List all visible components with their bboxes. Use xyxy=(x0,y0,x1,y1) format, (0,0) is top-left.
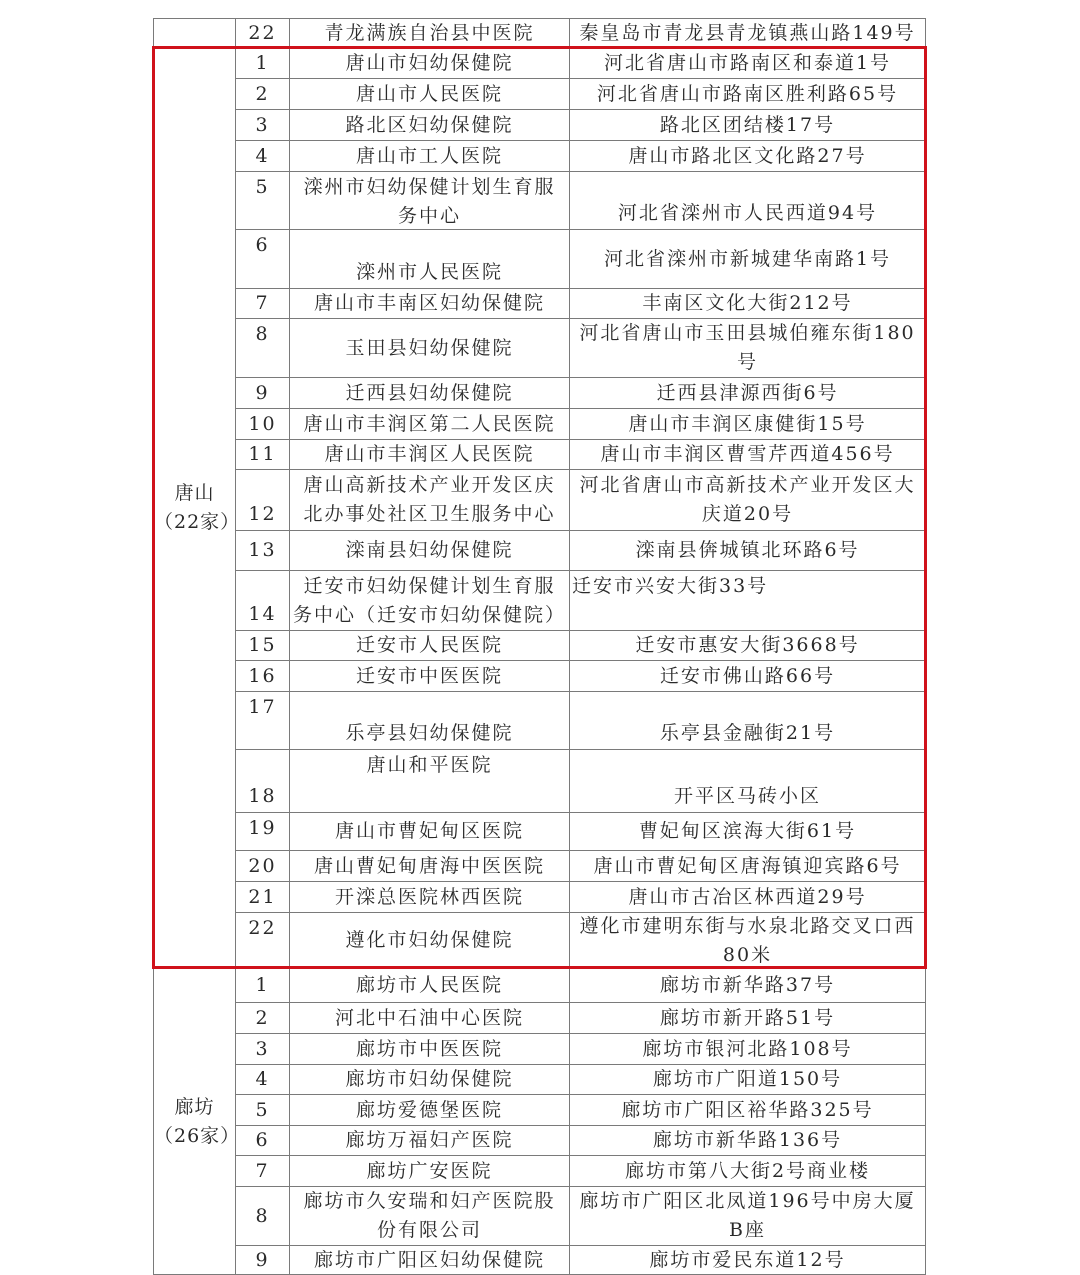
row-number: 7 xyxy=(235,1155,290,1187)
row-number-text: 4 xyxy=(255,142,269,171)
hospital-address: 遵化市建明东街与水泉北路交叉口西 80米 xyxy=(569,912,926,969)
hospital-address: 廊坊市银河北路108号 xyxy=(569,1033,926,1065)
hospital-address: 廊坊市爱民东道12号 xyxy=(569,1245,926,1275)
row-number: 3 xyxy=(235,109,290,141)
hospital-address-text: 乐亭县金融街21号 xyxy=(660,719,835,748)
row-number: 8 xyxy=(235,318,290,378)
hospital-address-text: 迁西县津源西街6号 xyxy=(656,379,838,408)
hospital-address-text: 迁安市佛山路66号 xyxy=(660,662,835,691)
row-number-text: 16 xyxy=(248,662,276,691)
hospital-name: 唐山市丰润区人民医院 xyxy=(289,439,570,470)
hospital-address: 廊坊市广阳道150号 xyxy=(569,1064,926,1095)
hospital-name-text: 开滦总医院林西医院 xyxy=(335,883,524,912)
row-number-text: 20 xyxy=(248,852,276,881)
hospital-address-text: 遵化市建明东街与水泉北路交叉口西 80米 xyxy=(579,912,915,969)
row-number: 19 xyxy=(235,812,290,851)
hospital-name-text: 迁安市中医医院 xyxy=(356,662,503,691)
row-number-text: 6 xyxy=(255,231,269,260)
hospital-name: 廊坊爱德堡医院 xyxy=(289,1094,570,1126)
row-number-text: 19 xyxy=(248,814,276,843)
hospital-name-text: 河北中石油中心医院 xyxy=(335,1004,524,1033)
hospital-address-text: 秦皇岛市青龙县青龙镇燕山路149号 xyxy=(579,19,915,48)
hospital-name-text: 唐山曹妃甸唐海中医医院 xyxy=(314,852,545,881)
hospital-address-text: 廊坊市爱民东道12号 xyxy=(649,1246,845,1275)
hospital-address-text: 廊坊市第八大街2号商业楼 xyxy=(625,1157,870,1186)
hospital-address: 河北省唐山市玉田县城伯雍东街180 号 xyxy=(569,318,926,378)
hospital-address-text: 迁安市惠安大街3668号 xyxy=(635,631,859,660)
hospital-name: 路北区妇幼保健院 xyxy=(289,109,570,141)
hospital-name: 唐山市丰润区第二人民医院 xyxy=(289,408,570,440)
row-number: 22 xyxy=(235,18,290,48)
row-number-text: 6 xyxy=(255,1126,269,1155)
row-number-text: 5 xyxy=(255,1096,269,1125)
region-label-text: 廊坊 （26家） xyxy=(154,1093,235,1151)
hospital-name-text: 滦州市妇幼保健计划生育服 务中心 xyxy=(303,173,555,230)
row-number: 22 xyxy=(235,912,290,969)
row-number-text: 2 xyxy=(255,80,269,109)
hospital-address-text: 唐山市古冶区林西道29号 xyxy=(628,883,866,912)
hospital-name-text: 唐山市妇幼保健院 xyxy=(345,49,513,78)
hospital-name: 唐山曹妃甸唐海中医医院 xyxy=(289,850,570,882)
hospital-name: 廊坊市久安瑞和妇产医院股 份有限公司 xyxy=(289,1186,570,1246)
row-number-text: 14 xyxy=(248,600,276,629)
hospital-name-text: 遵化市妇幼保健院 xyxy=(345,926,513,955)
row-number: 10 xyxy=(235,408,290,440)
hospital-name: 唐山高新技术产业开发区庆 北办事处社区卫生服务中心 xyxy=(289,469,570,531)
row-number: 13 xyxy=(235,530,290,571)
row-number-text: 22 xyxy=(248,19,276,48)
hospital-address-text: 唐山市丰润区康健街15号 xyxy=(628,410,866,439)
hospital-address: 迁安市佛山路66号 xyxy=(569,660,926,692)
region-label: 廊坊 （26家） xyxy=(153,968,236,1275)
row-number-text: 5 xyxy=(255,173,269,202)
hospital-name: 唐山市人民医院 xyxy=(289,78,570,110)
hospital-address-text: 滦南县倴城镇北环路6号 xyxy=(635,536,859,565)
hospital-name-text: 唐山市工人医院 xyxy=(356,142,503,171)
row-number: 12 xyxy=(235,469,290,531)
hospital-address: 唐山市丰润区曹雪芹西道456号 xyxy=(569,439,926,470)
row-number: 2 xyxy=(235,1002,290,1034)
row-number: 5 xyxy=(235,1094,290,1126)
row-number-text: 21 xyxy=(248,883,276,912)
row-number: 5 xyxy=(235,171,290,230)
hospital-name: 滦南县妇幼保健院 xyxy=(289,530,570,571)
hospital-name: 唐山市丰南区妇幼保健院 xyxy=(289,288,570,319)
hospital-address: 唐山市路北区文化路27号 xyxy=(569,140,926,172)
row-number-text: 1 xyxy=(255,971,269,1000)
row-number: 6 xyxy=(235,229,290,289)
hospital-address-text: 河北省滦州市新城建华南路1号 xyxy=(604,245,891,274)
hospital-name-text: 路北区妇幼保健院 xyxy=(345,111,513,140)
hospital-name-text: 唐山市曹妃甸区医院 xyxy=(335,817,524,846)
hospital-address-text: 唐山市路北区文化路27号 xyxy=(628,142,866,171)
hospital-name-text: 唐山和平医院 xyxy=(366,751,492,780)
row-number: 4 xyxy=(235,140,290,172)
hospital-table: 22青龙满族自治县中医院秦皇岛市青龙县青龙镇燕山路149号1唐山市妇幼保健院河北… xyxy=(0,0,1080,1275)
hospital-address-text: 廊坊市新华路136号 xyxy=(653,1126,842,1155)
row-number-text: 15 xyxy=(248,631,276,660)
hospital-name-text: 廊坊市人民医院 xyxy=(356,971,503,1000)
hospital-name-text: 乐亭县妇幼保健院 xyxy=(345,719,513,748)
row-number: 17 xyxy=(235,691,290,750)
row-number: 20 xyxy=(235,850,290,882)
row-number: 18 xyxy=(235,749,290,813)
hospital-address-text: 唐山市丰润区曹雪芹西道456号 xyxy=(600,440,894,469)
hospital-name-text: 青龙满族自治县中医院 xyxy=(324,19,534,48)
hospital-address: 廊坊市广阳区北凤道196号中房大厦 B座 xyxy=(569,1186,926,1246)
hospital-name: 滦州市妇幼保健计划生育服 务中心 xyxy=(289,171,570,230)
hospital-address: 河北省滦州市新城建华南路1号 xyxy=(569,229,926,289)
row-number-text: 13 xyxy=(248,536,276,565)
hospital-name: 迁安市妇幼保健计划生育服 务中心（迁安市妇幼保健院） xyxy=(289,570,570,631)
row-number: 6 xyxy=(235,1125,290,1156)
hospital-address: 廊坊市新华路37号 xyxy=(569,968,926,1003)
hospital-address-text: 廊坊市银河北路108号 xyxy=(642,1035,852,1064)
hospital-name: 河北中石油中心医院 xyxy=(289,1002,570,1034)
hospital-name: 玉田县妇幼保健院 xyxy=(289,318,570,378)
hospital-address: 开平区马砖小区 xyxy=(569,749,926,813)
region-label-text: 唐山 （22家） xyxy=(154,479,235,537)
hospital-address-text: 河北省滦州市人民西道94号 xyxy=(618,199,877,228)
row-number-text: 10 xyxy=(248,410,276,439)
hospital-address: 秦皇岛市青龙县青龙镇燕山路149号 xyxy=(569,18,926,48)
hospital-address: 河北省唐山市路南区和泰道1号 xyxy=(569,47,926,79)
hospital-address-text: 河北省唐山市路南区胜利路65号 xyxy=(597,80,898,109)
hospital-address-text: 河北省唐山市路南区和泰道1号 xyxy=(604,49,891,78)
row-number: 16 xyxy=(235,660,290,692)
row-number: 15 xyxy=(235,630,290,661)
row-number: 9 xyxy=(235,1245,290,1275)
hospital-name-text: 滦南县妇幼保健院 xyxy=(345,536,513,565)
hospital-address-text: 丰南区文化大街212号 xyxy=(642,289,852,318)
hospital-name-text: 滦州市人民医院 xyxy=(356,258,503,287)
row-number-text: 7 xyxy=(255,1157,269,1186)
hospital-name-text: 廊坊市广阳区妇幼保健院 xyxy=(314,1246,545,1275)
hospital-address: 河北省唐山市路南区胜利路65号 xyxy=(569,78,926,110)
row-number-text: 17 xyxy=(248,693,276,722)
hospital-address-text: 廊坊市广阳道150号 xyxy=(653,1065,842,1094)
hospital-address: 唐山市古冶区林西道29号 xyxy=(569,881,926,913)
hospital-address: 迁西县津源西街6号 xyxy=(569,377,926,409)
row-number-text: 22 xyxy=(248,914,276,943)
hospital-address: 河北省滦州市人民西道94号 xyxy=(569,171,926,230)
hospital-name: 廊坊市妇幼保健院 xyxy=(289,1064,570,1095)
hospital-address: 廊坊市第八大街2号商业楼 xyxy=(569,1155,926,1187)
hospital-address-text: 曹妃甸区滨海大街61号 xyxy=(639,817,856,846)
row-number: 11 xyxy=(235,439,290,470)
hospital-name-text: 唐山高新技术产业开发区庆 北办事处社区卫生服务中心 xyxy=(303,471,555,529)
hospital-address: 唐山市丰润区康健街15号 xyxy=(569,408,926,440)
hospital-name-text: 廊坊市妇幼保健院 xyxy=(345,1065,513,1094)
hospital-name-text: 唐山市丰润区人民医院 xyxy=(324,440,534,469)
hospital-address-text: 河北省唐山市玉田县城伯雍东街180 号 xyxy=(579,319,915,377)
hospital-name: 迁西县妇幼保健院 xyxy=(289,377,570,409)
hospital-name-text: 廊坊万福妇产医院 xyxy=(345,1126,513,1155)
row-number-text: 18 xyxy=(248,782,276,811)
row-number: 8 xyxy=(235,1186,290,1246)
row-number-text: 3 xyxy=(255,1035,269,1064)
hospital-name: 廊坊市人民医院 xyxy=(289,968,570,1003)
row-number-text: 7 xyxy=(255,289,269,318)
row-number: 1 xyxy=(235,47,290,79)
hospital-name: 唐山和平医院 xyxy=(289,749,570,813)
hospital-name-text: 玉田县妇幼保健院 xyxy=(345,334,513,363)
hospital-address-text: 唐山市曹妃甸区唐海镇迎宾路6号 xyxy=(593,852,901,881)
hospital-name: 青龙满族自治县中医院 xyxy=(289,18,570,48)
hospital-name: 廊坊万福妇产医院 xyxy=(289,1125,570,1156)
row-number: 21 xyxy=(235,881,290,913)
row-number: 1 xyxy=(235,968,290,1003)
hospital-address: 河北省唐山市高新技术产业开发区大 庆道20号 xyxy=(569,469,926,531)
hospital-address-text: 廊坊市广阳区裕华路325号 xyxy=(621,1096,873,1125)
hospital-address: 路北区团结楼17号 xyxy=(569,109,926,141)
row-number-text: 9 xyxy=(255,379,269,408)
hospital-address: 廊坊市新华路136号 xyxy=(569,1125,926,1156)
hospital-name: 迁安市人民医院 xyxy=(289,630,570,661)
region-label: 唐山 （22家） xyxy=(153,47,236,969)
hospital-name: 滦州市人民医院 xyxy=(289,229,570,289)
hospital-address: 廊坊市新开路51号 xyxy=(569,1002,926,1034)
hospital-name: 廊坊市中医医院 xyxy=(289,1033,570,1065)
row-number: 4 xyxy=(235,1064,290,1095)
row-number-text: 3 xyxy=(255,111,269,140)
hospital-address: 曹妃甸区滨海大街61号 xyxy=(569,812,926,851)
hospital-name-text: 迁安市妇幼保健计划生育服 务中心（迁安市妇幼保健院） xyxy=(293,572,566,630)
hospital-name-text: 迁西县妇幼保健院 xyxy=(345,379,513,408)
row-number: 3 xyxy=(235,1033,290,1065)
hospital-address: 廊坊市广阳区裕华路325号 xyxy=(569,1094,926,1126)
row-number-text: 9 xyxy=(255,1246,269,1275)
hospital-address-text: 开平区马砖小区 xyxy=(674,782,821,811)
hospital-name-text: 唐山市丰南区妇幼保健院 xyxy=(314,289,545,318)
row-number: 9 xyxy=(235,377,290,409)
hospital-address-text: 迁安市兴安大街33号 xyxy=(572,572,768,601)
hospital-address-text: 廊坊市新开路51号 xyxy=(660,1004,835,1033)
row-number-text: 8 xyxy=(255,320,269,349)
hospital-name: 乐亭县妇幼保健院 xyxy=(289,691,570,750)
row-number-text: 2 xyxy=(255,1004,269,1033)
row-number-text: 1 xyxy=(255,49,269,78)
hospital-address-text: 廊坊市新华路37号 xyxy=(660,971,835,1000)
hospital-address-text: 廊坊市广阳区北凤道196号中房大厦 B座 xyxy=(579,1187,915,1245)
hospital-address: 迁安市惠安大街3668号 xyxy=(569,630,926,661)
hospital-name-text: 唐山市人民医院 xyxy=(356,80,503,109)
hospital-name-text: 廊坊市中医医院 xyxy=(356,1035,503,1064)
row-number: 7 xyxy=(235,288,290,319)
hospital-name: 唐山市工人医院 xyxy=(289,140,570,172)
hospital-address: 唐山市曹妃甸区唐海镇迎宾路6号 xyxy=(569,850,926,882)
hospital-address: 丰南区文化大街212号 xyxy=(569,288,926,319)
hospital-name: 遵化市妇幼保健院 xyxy=(289,912,570,969)
row-number-text: 8 xyxy=(255,1202,269,1231)
row-number: 2 xyxy=(235,78,290,110)
hospital-name-text: 廊坊广安医院 xyxy=(366,1157,492,1186)
hospital-address: 迁安市兴安大街33号 xyxy=(569,570,926,631)
hospital-name: 廊坊广安医院 xyxy=(289,1155,570,1187)
hospital-address-text: 河北省唐山市高新技术产业开发区大 庆道20号 xyxy=(579,471,915,529)
hospital-address-text: 路北区团结楼17号 xyxy=(660,111,835,140)
hospital-name: 唐山市妇幼保健院 xyxy=(289,47,570,79)
hospital-name-text: 廊坊爱德堡医院 xyxy=(356,1096,503,1125)
hospital-name: 迁安市中医医院 xyxy=(289,660,570,692)
hospital-name-text: 廊坊市久安瑞和妇产医院股 份有限公司 xyxy=(303,1187,555,1245)
hospital-name-text: 唐山市丰润区第二人民医院 xyxy=(303,410,555,439)
hospital-name: 开滦总医院林西医院 xyxy=(289,881,570,913)
hospital-name: 唐山市曹妃甸区医院 xyxy=(289,812,570,851)
hospital-name-text: 迁安市人民医院 xyxy=(356,631,503,660)
hospital-address: 滦南县倴城镇北环路6号 xyxy=(569,530,926,571)
region-cell-prev xyxy=(153,18,236,48)
hospital-name: 廊坊市广阳区妇幼保健院 xyxy=(289,1245,570,1275)
hospital-address: 乐亭县金融街21号 xyxy=(569,691,926,750)
row-number-text: 11 xyxy=(248,440,276,469)
row-number-text: 12 xyxy=(248,500,276,529)
row-number: 14 xyxy=(235,570,290,631)
row-number-text: 4 xyxy=(255,1065,269,1094)
